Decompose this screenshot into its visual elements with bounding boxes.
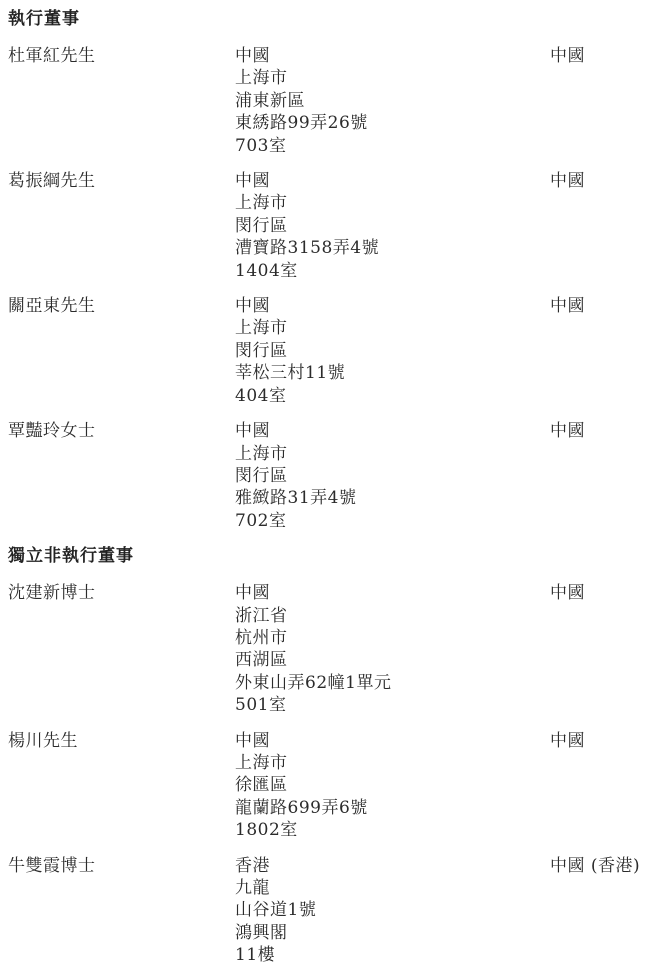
director-name: 楊川先生 bbox=[8, 730, 235, 842]
director-name: 關亞東先生 bbox=[8, 295, 235, 407]
director-nationality: 中國 bbox=[550, 45, 650, 157]
director-nationality: 中國 bbox=[550, 582, 650, 716]
director-name: 葛振綱先生 bbox=[8, 170, 235, 282]
director-nationality: 中國 (香港) bbox=[550, 855, 650, 962]
director-name: 牛雙霞博士 bbox=[8, 855, 235, 962]
director-row: 葛振綱先生 中國 上海市 閔行區 漕寶路3158弄4號 1404室 中國 bbox=[8, 170, 650, 282]
director-name: 沈建新博士 bbox=[8, 582, 235, 716]
director-nationality: 中國 bbox=[550, 730, 650, 842]
director-row: 楊川先生 中國 上海市 徐匯區 龍蘭路699弄6號 1802室 中國 bbox=[8, 730, 650, 842]
director-address: 中國 上海市 徐匯區 龍蘭路699弄6號 1802室 bbox=[235, 730, 550, 842]
director-row: 關亞東先生 中國 上海市 閔行區 莘松三村11號 404室 中國 bbox=[8, 295, 650, 407]
section-heading-executive-directors: 執行董事 bbox=[8, 8, 650, 30]
director-nationality: 中國 bbox=[550, 420, 650, 532]
director-row: 沈建新博士 中國 浙江省 杭州市 西湖區 外東山弄62幢1單元 501室 中國 bbox=[8, 582, 650, 716]
director-name: 杜軍紅先生 bbox=[8, 45, 235, 157]
director-nationality: 中國 bbox=[550, 170, 650, 282]
director-address: 中國 上海市 閔行區 雅緻路31弄4號 702室 bbox=[235, 420, 550, 532]
director-name: 覃豔玲女士 bbox=[8, 420, 235, 532]
director-address: 中國 上海市 閔行區 漕寶路3158弄4號 1404室 bbox=[235, 170, 550, 282]
director-address: 中國 上海市 閔行區 莘松三村11號 404室 bbox=[235, 295, 550, 407]
director-row: 牛雙霞博士 香港 九龍 山谷道1號 鴻興閣 11樓 中國 (香港) bbox=[8, 855, 650, 962]
director-address: 香港 九龍 山谷道1號 鴻興閣 11樓 bbox=[235, 855, 550, 962]
director-nationality: 中國 bbox=[550, 295, 650, 407]
director-address: 中國 上海市 浦東新區 東綉路99弄26號 703室 bbox=[235, 45, 550, 157]
director-row: 杜軍紅先生 中國 上海市 浦東新區 東綉路99弄26號 703室 中國 bbox=[8, 45, 650, 157]
section-heading-independent-non-executive-directors: 獨立非執行董事 bbox=[8, 545, 650, 567]
director-address: 中國 浙江省 杭州市 西湖區 外東山弄62幢1單元 501室 bbox=[235, 582, 550, 716]
document-page: 執行董事 杜軍紅先生 中國 上海市 浦東新區 東綉路99弄26號 703室 中國… bbox=[0, 0, 660, 962]
director-row: 覃豔玲女士 中國 上海市 閔行區 雅緻路31弄4號 702室 中國 bbox=[8, 420, 650, 532]
